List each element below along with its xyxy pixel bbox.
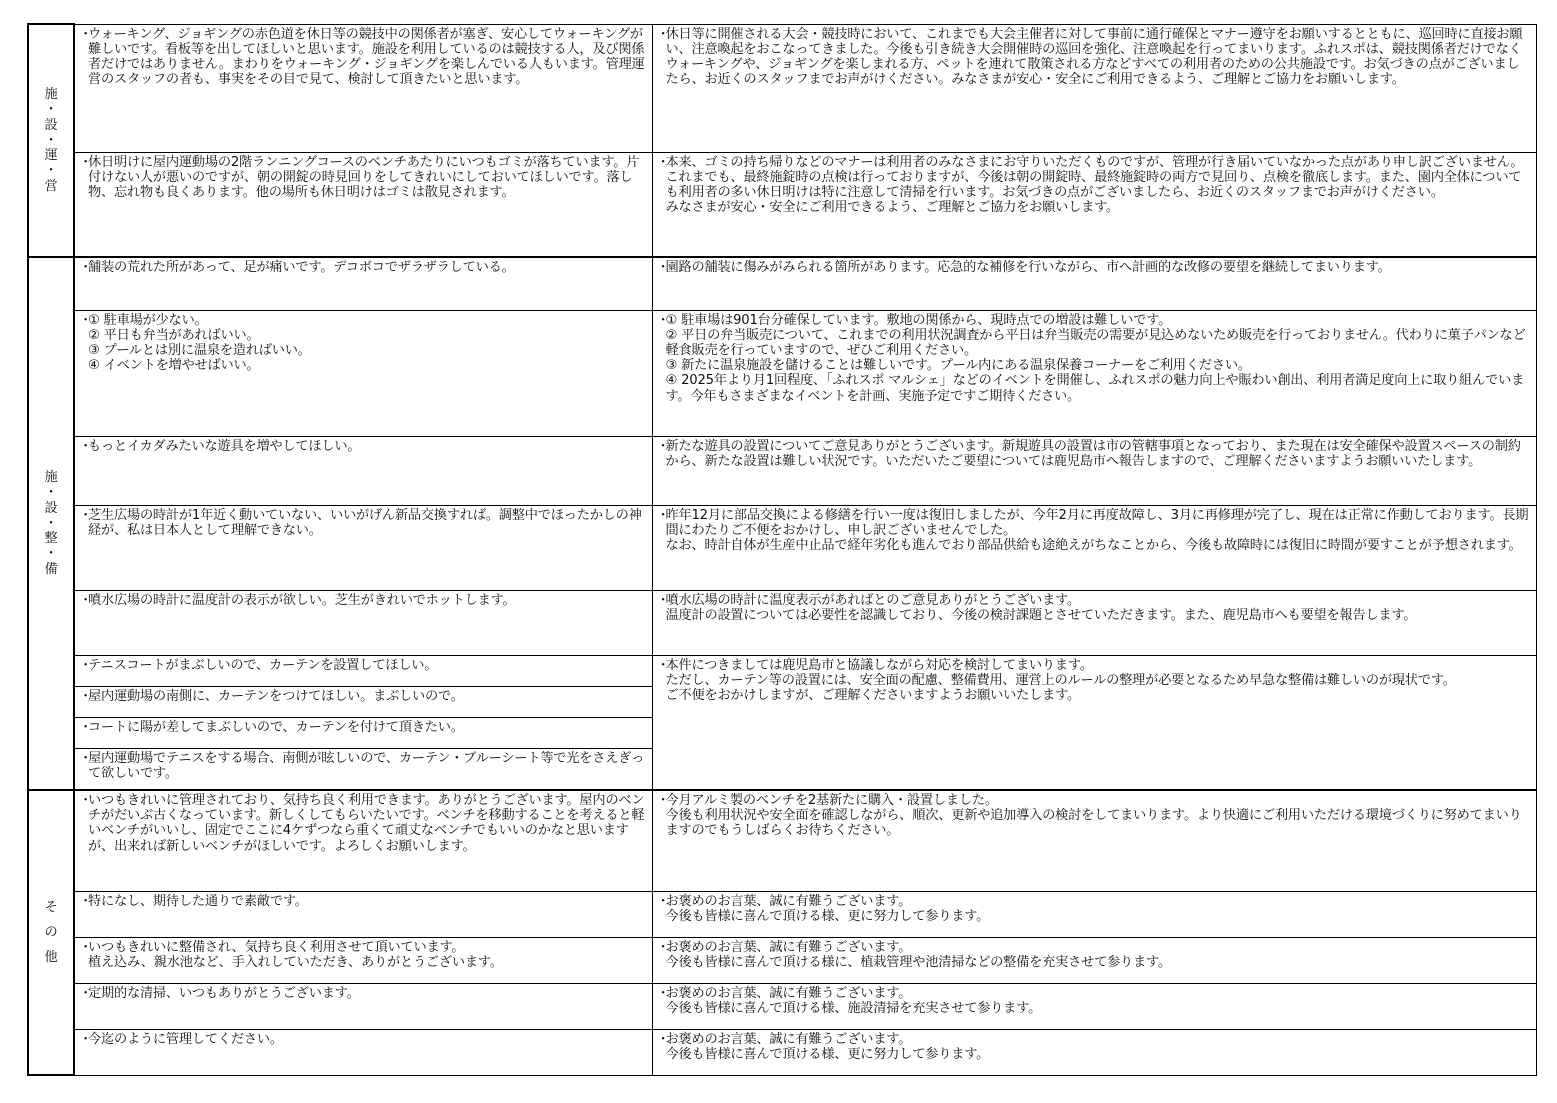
opinion-cell: ・ウォーキング、ジョギングの赤色道を休日等の競技中の関係者が塞ぎ、安心してウォー… bbox=[74, 24, 652, 152]
bullet-icon: ・ bbox=[657, 260, 666, 275]
bullet-icon: ・ bbox=[657, 940, 666, 955]
response-text: ・新たな遊具の設置についてご意見ありがとうございます。新規遊具の設置は市の管轄事… bbox=[657, 439, 1532, 469]
opinion-text: ・舗装の荒れた所があって、足が痛いです。デコボコでザラザラしている。 bbox=[79, 260, 648, 275]
bullet-icon: ・ bbox=[79, 593, 88, 608]
response-body: 本件につきましては鹿児島市と協議しながら対応を検討してまいります。 ただし、カー… bbox=[666, 658, 1456, 703]
category-char: ・ bbox=[29, 485, 73, 500]
table-row: その他・いつもきれいに管理されており、気持ち良く利用できます。ありがとうございま… bbox=[28, 790, 1536, 891]
feedback-table: 施・設・運・営・ウォーキング、ジョギングの赤色道を休日等の競技中の関係者が塞ぎ、… bbox=[27, 23, 1537, 1076]
opinion-text: ・今迄のように管理してください。 bbox=[79, 1032, 648, 1047]
bullet-icon: ・ bbox=[79, 508, 88, 523]
response-body: お褒めのお言葉、誠に有難うございます。 今後も皆様に喜んで頂ける様、更に努力して… bbox=[666, 894, 990, 924]
opinion-cell: ・芝生広場の時計が1年近く動いていない、いいがげん新品交換すれば。調整中でほった… bbox=[74, 505, 652, 590]
opinion-cell: ・噴水広場の時計に温度計の表示が欲しい。芝生がきれいでホットします。 bbox=[74, 590, 652, 655]
response-cell: ・お褒めのお言葉、誠に有難うございます。 今後も皆様に喜んで頂ける様、施設清掃を… bbox=[652, 983, 1536, 1029]
bullet-icon: ・ bbox=[79, 27, 88, 42]
bullet-icon: ・ bbox=[79, 658, 88, 673]
opinion-body: テニスコートがまぶしいので、カーテンを設置してほしい。 bbox=[88, 658, 437, 673]
opinion-text: ・いつもきれいに管理されており、気持ち良く利用できます。ありがとうございます。屋… bbox=[79, 793, 648, 854]
response-text: ・お褒めのお言葉、誠に有難うございます。 今後も皆様に喜んで頂ける様、更に努力し… bbox=[657, 894, 1532, 924]
response-body: 園路の舗装に傷みがみられる箇所があります。応急的な補修を行いながら、市へ計画的な… bbox=[666, 260, 1391, 275]
opinion-text: ・屋内運動場でテニスをする場合、南側が眩しいので、カーテン・ブルーシート等で光を… bbox=[79, 751, 648, 781]
response-cell: ・休日等に開催される大会・競技時において、これまでも大会主催者に対して事前に通行… bbox=[652, 24, 1536, 152]
table-row: ・特になし、期待した通りで素敵です。・お褒めのお言葉、誠に有難うございます。 今… bbox=[28, 891, 1536, 937]
category-char: 他 bbox=[29, 950, 73, 965]
opinion-cell: ・もっとイカダみたいな遊具を増やしてほしい。 bbox=[74, 436, 652, 505]
response-text: ・昨年12月に部品交換による修繕を行い一度は復旧しましたが、今年2月に再度故障し… bbox=[657, 508, 1532, 554]
response-body: 今月アルミ製のベンチを2基新たに購入・設置しました。 今後も利用状況や安全面を確… bbox=[666, 793, 1522, 838]
opinion-body: 定期的な清掃、いつもありがとうございます。 bbox=[88, 986, 360, 1001]
category-char: そ bbox=[29, 900, 73, 915]
table-row: ・噴水広場の時計に温度計の表示が欲しい。芝生がきれいでホットします。・噴水広場の… bbox=[28, 590, 1536, 655]
opinion-body: コートに陽が差してまぶしいので、カーテンを付けて頂きたい。 bbox=[88, 720, 464, 735]
response-text: ・本件につきましては鹿児島市と協議しながら対応を検討してまいります。 ただし、カ… bbox=[657, 658, 1532, 704]
opinion-cell: ・今迄のように管理してください。 bbox=[74, 1029, 652, 1075]
bullet-icon: ・ bbox=[657, 508, 666, 523]
response-text: ・お褒めのお言葉、誠に有難うございます。 今後も皆様に喜んで頂ける様に、植栽管理… bbox=[657, 940, 1532, 970]
opinion-cell: ・コートに陽が差してまぶしいので、カーテンを付けて頂きたい。 bbox=[74, 717, 652, 748]
opinion-body: 噴水広場の時計に温度計の表示が欲しい。芝生がきれいでホットします。 bbox=[88, 593, 516, 608]
response-cell: ・新たな遊具の設置についてご意見ありがとうございます。新規遊具の設置は市の管轄事… bbox=[652, 436, 1536, 505]
opinion-body: 今迄のように管理してください。 bbox=[88, 1032, 283, 1047]
opinion-cell: ・定期的な清掃、いつもありがとうございます。 bbox=[74, 983, 652, 1029]
category-char: ・ bbox=[29, 133, 73, 148]
bullet-icon: ・ bbox=[657, 793, 666, 808]
opinion-text: ・テニスコートがまぶしいので、カーテンを設置してほしい。 bbox=[79, 658, 648, 673]
opinion-body: ① 駐車場が少ない。 ② 平日も弁当があればいい。 ③ プールとは別に温泉を造れ… bbox=[88, 313, 311, 374]
opinion-text: ・いつもきれいに整備され、気持ち良く利用させて頂いています。 植え込み、親水池な… bbox=[79, 940, 648, 970]
opinion-text: ・芝生広場の時計が1年近く動いていない、いいがげん新品交換すれば。調整中でほった… bbox=[79, 508, 648, 538]
response-cell: ・お褒めのお言葉、誠に有難うございます。 今後も皆様に喜んで頂ける様に、植栽管理… bbox=[652, 937, 1536, 983]
response-text: ・休日等に開催される大会・競技時において、これまでも大会主催者に対して事前に通行… bbox=[657, 27, 1532, 88]
opinion-cell: ・① 駐車場が少ない。 ② 平日も弁当があればいい。 ③ プールとは別に温泉を造… bbox=[74, 310, 652, 436]
response-cell: ・お褒めのお言葉、誠に有難うございます。 今後も皆様に喜んで頂ける様、更に努力し… bbox=[652, 1029, 1536, 1075]
category-char: 備 bbox=[29, 562, 73, 577]
response-body: お褒めのお言葉、誠に有難うございます。 今後も皆様に喜んで頂ける様に、植栽管理や… bbox=[666, 940, 1171, 970]
table-row: ・定期的な清掃、いつもありがとうございます。・お褒めのお言葉、誠に有難うございま… bbox=[28, 983, 1536, 1029]
bullet-icon: ・ bbox=[657, 593, 666, 608]
response-cell: ・園路の舗装に傷みがみられる箇所があります。応急的な補修を行いながら、市へ計画的… bbox=[652, 257, 1536, 310]
table-row: ・① 駐車場が少ない。 ② 平日も弁当があればいい。 ③ プールとは別に温泉を造… bbox=[28, 310, 1536, 436]
opinion-body: 芝生広場の時計が1年近く動いていない、いいがげん新品交換すれば。調整中でほったか… bbox=[88, 508, 642, 538]
response-cell: ・噴水広場の時計に温度表示があればとのご意見ありがとうございます。 温度計の設置… bbox=[652, 590, 1536, 655]
opinion-body: 屋内運動場でテニスをする場合、南側が眩しいので、カーテン・ブルーシート等で光をさ… bbox=[88, 751, 644, 781]
bullet-icon: ・ bbox=[79, 260, 88, 275]
category-char: ・ bbox=[29, 546, 73, 561]
category-char: 営 bbox=[29, 179, 73, 194]
table-row: ・テニスコートがまぶしいので、カーテンを設置してほしい。・本件につきましては鹿児… bbox=[28, 655, 1536, 686]
table-row: ・休日明けに屋内運動場の2階ランニングコースのベンチあたりにいつもゴミが落ちてい… bbox=[28, 152, 1536, 257]
opinion-cell: ・いつもきれいに整備され、気持ち良く利用させて頂いています。 植え込み、親水池な… bbox=[74, 937, 652, 983]
response-text: ・今月アルミ製のベンチを2基新たに購入・設置しました。 今後も利用状況や安全面を… bbox=[657, 793, 1532, 839]
bullet-icon: ・ bbox=[79, 751, 88, 766]
opinion-cell: ・休日明けに屋内運動場の2階ランニングコースのベンチあたりにいつもゴミが落ちてい… bbox=[74, 152, 652, 257]
category-char: 整 bbox=[29, 531, 73, 546]
response-body: 新たな遊具の設置についてご意見ありがとうございます。新規遊具の設置は市の管轄事項… bbox=[666, 439, 1521, 469]
bullet-icon: ・ bbox=[657, 1032, 666, 1047]
response-text: ・お褒めのお言葉、誠に有難うございます。 今後も皆様に喜んで頂ける様、更に努力し… bbox=[657, 1032, 1532, 1062]
bullet-icon: ・ bbox=[79, 689, 88, 704]
opinion-text: ・コートに陽が差してまぶしいので、カーテンを付けて頂きたい。 bbox=[79, 720, 648, 735]
opinion-cell: ・いつもきれいに管理されており、気持ち良く利用できます。ありがとうございます。屋… bbox=[74, 790, 652, 891]
opinion-cell: ・屋内運動場の南側に、カーテンをつけてほしい。まぶしいので。 bbox=[74, 686, 652, 717]
bullet-icon: ・ bbox=[657, 155, 666, 170]
opinion-body: いつもきれいに整備され、気持ち良く利用させて頂いています。 植え込み、親水池など… bbox=[88, 940, 503, 970]
response-text: ・お褒めのお言葉、誠に有難うございます。 今後も皆様に喜んで頂ける様、施設清掃を… bbox=[657, 986, 1532, 1016]
response-body: お褒めのお言葉、誠に有難うございます。 今後も皆様に喜んで頂ける様、施設清掃を充… bbox=[666, 986, 1042, 1016]
opinion-text: ・① 駐車場が少ない。 ② 平日も弁当があればいい。 ③ プールとは別に温泉を造… bbox=[79, 313, 648, 374]
category-char: ・ bbox=[29, 102, 73, 117]
response-body: ① 駐車場は901台分確保しています。敷地の関係から、現時点での増設は難しいです… bbox=[666, 313, 1526, 404]
opinion-body: いつもきれいに管理されており、気持ち良く利用できます。ありがとうございます。屋内… bbox=[88, 793, 644, 854]
category-char: 設 bbox=[29, 118, 73, 133]
opinion-text: ・もっとイカダみたいな遊具を増やしてほしい。 bbox=[79, 439, 648, 454]
bullet-icon: ・ bbox=[657, 894, 666, 909]
table-row: ・もっとイカダみたいな遊具を増やしてほしい。・新たな遊具の設置についてご意見あり… bbox=[28, 436, 1536, 505]
response-cell: ・昨年12月に部品交換による修繕を行い一度は復旧しましたが、今年2月に再度故障し… bbox=[652, 505, 1536, 590]
response-cell: ・本件につきましては鹿児島市と協議しながら対応を検討してまいります。 ただし、カ… bbox=[652, 655, 1536, 790]
opinion-text: ・屋内運動場の南側に、カーテンをつけてほしい。まぶしいので。 bbox=[79, 689, 648, 704]
opinion-body: ウォーキング、ジョギングの赤色道を休日等の競技中の関係者が塞ぎ、安心してウォーキ… bbox=[88, 27, 645, 88]
response-body: お褒めのお言葉、誠に有難うございます。 今後も皆様に喜んで頂ける様、更に努力して… bbox=[666, 1032, 990, 1062]
response-cell: ・今月アルミ製のベンチを2基新たに購入・設置しました。 今後も利用状況や安全面を… bbox=[652, 790, 1536, 891]
opinion-body: 特になし、期待した通りで素敵です。 bbox=[88, 894, 308, 909]
response-text: ・本来、ゴミの持ち帰りなどのマナーは利用者のみなさまにお守りいただくものですが、… bbox=[657, 155, 1532, 216]
opinion-text: ・ウォーキング、ジョギングの赤色道を休日等の競技中の関係者が塞ぎ、安心してウォー… bbox=[79, 27, 648, 88]
opinion-text: ・特になし、期待した通りで素敵です。 bbox=[79, 894, 648, 909]
response-text: ・噴水広場の時計に温度表示があればとのご意見ありがとうございます。 温度計の設置… bbox=[657, 593, 1532, 623]
table-row: ・芝生広場の時計が1年近く動いていない、いいがげん新品交換すれば。調整中でほった… bbox=[28, 505, 1536, 590]
opinion-text: ・休日明けに屋内運動場の2階ランニングコースのベンチあたりにいつもゴミが落ちてい… bbox=[79, 155, 648, 201]
bullet-icon: ・ bbox=[79, 1032, 88, 1047]
bullet-icon: ・ bbox=[657, 313, 666, 328]
category-cell: その他 bbox=[28, 790, 74, 1075]
category-char: 施 bbox=[29, 470, 73, 485]
category-cell: 施・設・運・営 bbox=[28, 24, 74, 257]
response-cell: ・① 駐車場は901台分確保しています。敷地の関係から、現時点での増設は難しいで… bbox=[652, 310, 1536, 436]
feedback-table-body: 施・設・運・営・ウォーキング、ジョギングの赤色道を休日等の競技中の関係者が塞ぎ、… bbox=[28, 24, 1536, 1075]
category-char: 運 bbox=[29, 148, 73, 163]
bullet-icon: ・ bbox=[79, 986, 88, 1001]
table-row: ・いつもきれいに整備され、気持ち良く利用させて頂いています。 植え込み、親水池な… bbox=[28, 937, 1536, 983]
category-char: ・ bbox=[29, 516, 73, 531]
opinion-text: ・定期的な清掃、いつもありがとうございます。 bbox=[79, 986, 648, 1001]
response-body: 本来、ゴミの持ち帰りなどのマナーは利用者のみなさまにお守りいただくものですが、管… bbox=[666, 155, 1524, 216]
response-text: ・① 駐車場は901台分確保しています。敷地の関係から、現時点での増設は難しいで… bbox=[657, 313, 1532, 404]
opinion-body: 舗装の荒れた所があって、足が痛いです。デコボコでザラザラしている。 bbox=[88, 260, 515, 275]
opinion-cell: ・テニスコートがまぶしいので、カーテンを設置してほしい。 bbox=[74, 655, 652, 686]
opinion-text: ・噴水広場の時計に温度計の表示が欲しい。芝生がきれいでホットします。 bbox=[79, 593, 648, 608]
table-row: 施・設・整・備・舗装の荒れた所があって、足が痛いです。デコボコでザラザラしている… bbox=[28, 257, 1536, 310]
opinion-body: 屋内運動場の南側に、カーテンをつけてほしい。まぶしいので。 bbox=[88, 689, 464, 704]
bullet-icon: ・ bbox=[79, 439, 88, 454]
opinion-cell: ・舗装の荒れた所があって、足が痛いです。デコボコでザラザラしている。 bbox=[74, 257, 652, 310]
opinion-body: もっとイカダみたいな遊具を増やしてほしい。 bbox=[88, 439, 360, 454]
opinion-cell: ・特になし、期待した通りで素敵です。 bbox=[74, 891, 652, 937]
bullet-icon: ・ bbox=[657, 986, 666, 1001]
bullet-icon: ・ bbox=[79, 720, 88, 735]
opinion-body: 休日明けに屋内運動場の2階ランニングコースのベンチあたりにいつもゴミが落ちていま… bbox=[88, 155, 639, 200]
response-body: 昨年12月に部品交換による修繕を行い一度は復旧しましたが、今年2月に再度故障し、… bbox=[666, 508, 1529, 553]
category-char: 設 bbox=[29, 501, 73, 516]
response-body: 噴水広場の時計に温度表示があればとのご意見ありがとうございます。 温度計の設置に… bbox=[666, 593, 1417, 623]
bullet-icon: ・ bbox=[657, 658, 666, 673]
response-text: ・園路の舗装に傷みがみられる箇所があります。応急的な補修を行いながら、市へ計画的… bbox=[657, 260, 1532, 275]
bullet-icon: ・ bbox=[79, 155, 88, 170]
category-cell: 施・設・整・備 bbox=[28, 257, 74, 790]
bullet-icon: ・ bbox=[79, 894, 88, 909]
response-cell: ・お褒めのお言葉、誠に有難うございます。 今後も皆様に喜んで頂ける様、更に努力し… bbox=[652, 891, 1536, 937]
table-row: 施・設・運・営・ウォーキング、ジョギングの赤色道を休日等の競技中の関係者が塞ぎ、… bbox=[28, 24, 1536, 152]
bullet-icon: ・ bbox=[657, 439, 666, 454]
opinion-cell: ・屋内運動場でテニスをする場合、南側が眩しいので、カーテン・ブルーシート等で光を… bbox=[74, 748, 652, 790]
response-cell: ・本来、ゴミの持ち帰りなどのマナーは利用者のみなさまにお守りいただくものですが、… bbox=[652, 152, 1536, 257]
category-char: 施 bbox=[29, 87, 73, 102]
bullet-icon: ・ bbox=[657, 27, 666, 42]
table-row: ・今迄のように管理してください。・お褒めのお言葉、誠に有難うございます。 今後も… bbox=[28, 1029, 1536, 1075]
response-body: 休日等に開催される大会・競技時において、これまでも大会主催者に対して事前に通行確… bbox=[666, 27, 1523, 88]
bullet-icon: ・ bbox=[79, 940, 88, 955]
category-char: ・ bbox=[29, 163, 73, 178]
category-char: の bbox=[29, 925, 73, 940]
bullet-icon: ・ bbox=[79, 793, 88, 808]
bullet-icon: ・ bbox=[79, 313, 88, 328]
